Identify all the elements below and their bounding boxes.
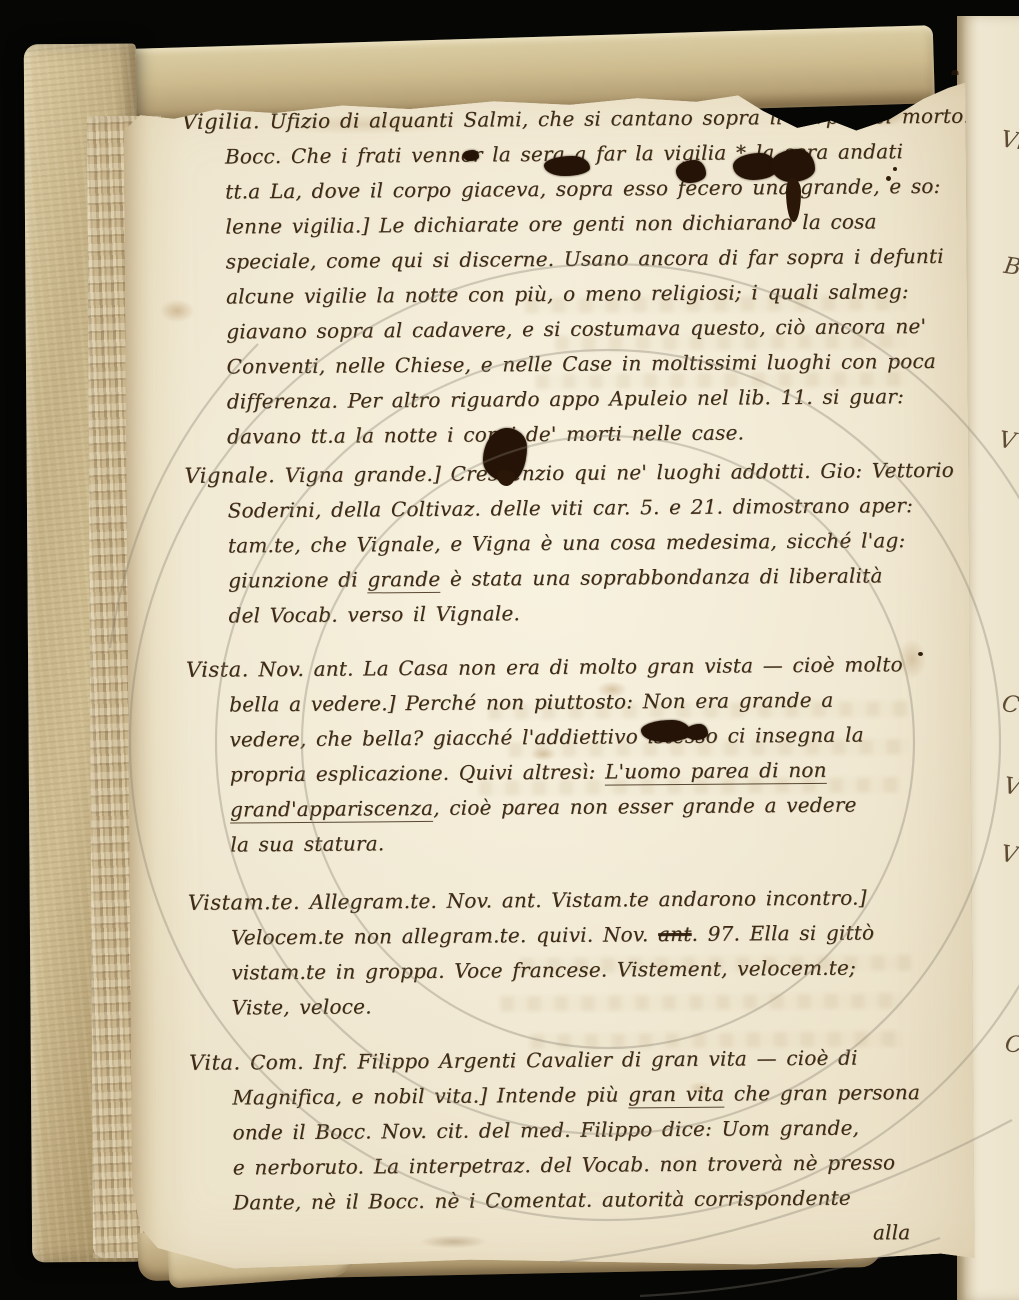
cutoff-pen-stroke: V <box>997 427 1017 455</box>
entry-line: onde il Bocc. Nov. cit. del med. Filippo… <box>232 1110 915 1150</box>
cutoff-pen-stroke: C <box>1003 1031 1019 1059</box>
ink-blot <box>676 160 706 183</box>
dictionary-entry: Vistam.te. Allegram.te. Nov. ant. Vistam… <box>188 880 915 1026</box>
entry-first-line-text: Vigna grande.] Crescenzio qui ne' luoghi… <box>285 458 954 487</box>
underlined-phrase: grande <box>367 567 440 594</box>
manuscript-text-block: Vigilia. Ufizio di alquanti Salmi, che s… <box>182 99 917 1256</box>
entry-first-line-text: Allegram.te. Nov. ant. Vistam.te andaron… <box>310 886 867 914</box>
entry-line: Vistam.te. Allegram.te. Nov. ant. Vistam… <box>188 880 914 921</box>
cutoff-pen-stroke: V <box>1002 773 1019 801</box>
ink-blot <box>686 724 708 740</box>
entry-line: differenza. Per altro riguardo appo Apul… <box>227 379 910 419</box>
struck-word: ant <box>658 922 692 946</box>
entry-line: e nerboruto. La interpetraz. del Vocab. … <box>233 1145 916 1185</box>
entry-line: speciale, come qui si discerne. Usano an… <box>226 239 909 279</box>
entry-line: Soderini, della Coltivaz. delle viti car… <box>228 488 911 528</box>
ink-speck <box>893 167 897 171</box>
entry-line: alcune vigilie la notte con più, o meno … <box>226 274 909 314</box>
underlined-phrase: grand'appariscenza <box>230 796 433 824</box>
entry-line: grand'appariscenza, cioè parea non esser… <box>230 787 913 827</box>
ink-speck <box>918 652 923 656</box>
entry-line: bella a vedere.] Perché non piuttosto: N… <box>229 682 912 722</box>
entry-line: propria esplicazione. Quivi altresì: L'u… <box>230 752 913 792</box>
manuscript-page: Vigilia. Ufizio di alquanti Salmi, che s… <box>123 83 974 1270</box>
entry-line: Viste, veloce. <box>231 985 914 1025</box>
entry-first-line-text: Com. Inf. Filippo Argenti Cavalier di gr… <box>250 1046 858 1075</box>
ink-blot <box>771 149 815 182</box>
ink-blot <box>544 156 590 176</box>
entry-line: Magnifica, e nobil vita.] Intende più gr… <box>232 1075 915 1115</box>
entry-line: Conventi, nelle Chiese, e nelle Case in … <box>226 344 909 384</box>
entry-line: Vista. Nov. ant. La Casa non era di molt… <box>186 647 912 688</box>
ink-speck <box>886 176 891 181</box>
dictionary-entry: Vita. Com. Inf. Filippo Argenti Cavalier… <box>189 1040 916 1221</box>
cutoff-pen-stroke: V <box>999 841 1019 869</box>
entry-line: del Vocab. verso il Vignale. <box>228 593 911 633</box>
underlined-phrase: gran vita <box>628 1082 724 1109</box>
entry-line: Vignale. Vigna grande.] Crescenzio qui n… <box>184 453 910 494</box>
ink-blot <box>641 720 691 742</box>
entry-headword: Vita. <box>189 1050 241 1074</box>
dictionary-entry: Vista. Nov. ant. La Casa non era di molt… <box>186 647 914 863</box>
dictionary-entry: Vignale. Vigna grande.] Crescenzio qui n… <box>184 453 911 634</box>
cutoff-pen-stroke: C <box>1000 691 1019 719</box>
entry-line: vedere, che bella? giacché l'addiettivo … <box>229 717 912 757</box>
entry-line: giavano sopra al cadavere, e si costumav… <box>226 309 909 349</box>
catchword: alla <box>233 1215 916 1255</box>
entry-line: lenne vigilia.] Le dichiarate ore genti … <box>225 204 908 244</box>
ink-blot <box>463 150 479 161</box>
entry-first-line-text: Ufizio di alquanti Salmi, che si cantano… <box>269 104 969 133</box>
cutoff-pen-stroke: Vi <box>999 126 1019 155</box>
entry-headword: Vistam.te. <box>188 890 301 915</box>
entry-line: Vita. Com. Inf. Filippo Argenti Cavalier… <box>189 1040 915 1081</box>
entry-line: giunzione di grande è stata una soprabbo… <box>228 558 911 598</box>
entry-line: la sua statura. <box>230 822 913 862</box>
entry-line: tam.te, che Vignale, e Vigna è una cosa … <box>228 523 911 563</box>
underlined-phrase: L'uomo parea di non <box>605 758 827 786</box>
entry-line: davano tt.a la notte i corpi de' morti n… <box>227 414 910 454</box>
entry-line: vistam.te in groppa. Voce francese. Vist… <box>231 950 914 990</box>
entry-line: Velocem.te non allegram.te. quivi. Nov. … <box>231 915 914 955</box>
photograph-of-manuscript: { "document": { "entries": [ { "headword… <box>0 0 1019 1300</box>
entry-first-line-text: Nov. ant. La Casa non era di molto gran … <box>258 652 903 681</box>
entry-line: Dante, nè il Bocc. nè i Comentat. autori… <box>233 1180 916 1220</box>
cutoff-pen-stroke: B <box>1002 253 1019 281</box>
entry-headword: Vignale. <box>184 463 275 488</box>
entry-headword: Vista. <box>186 657 249 681</box>
